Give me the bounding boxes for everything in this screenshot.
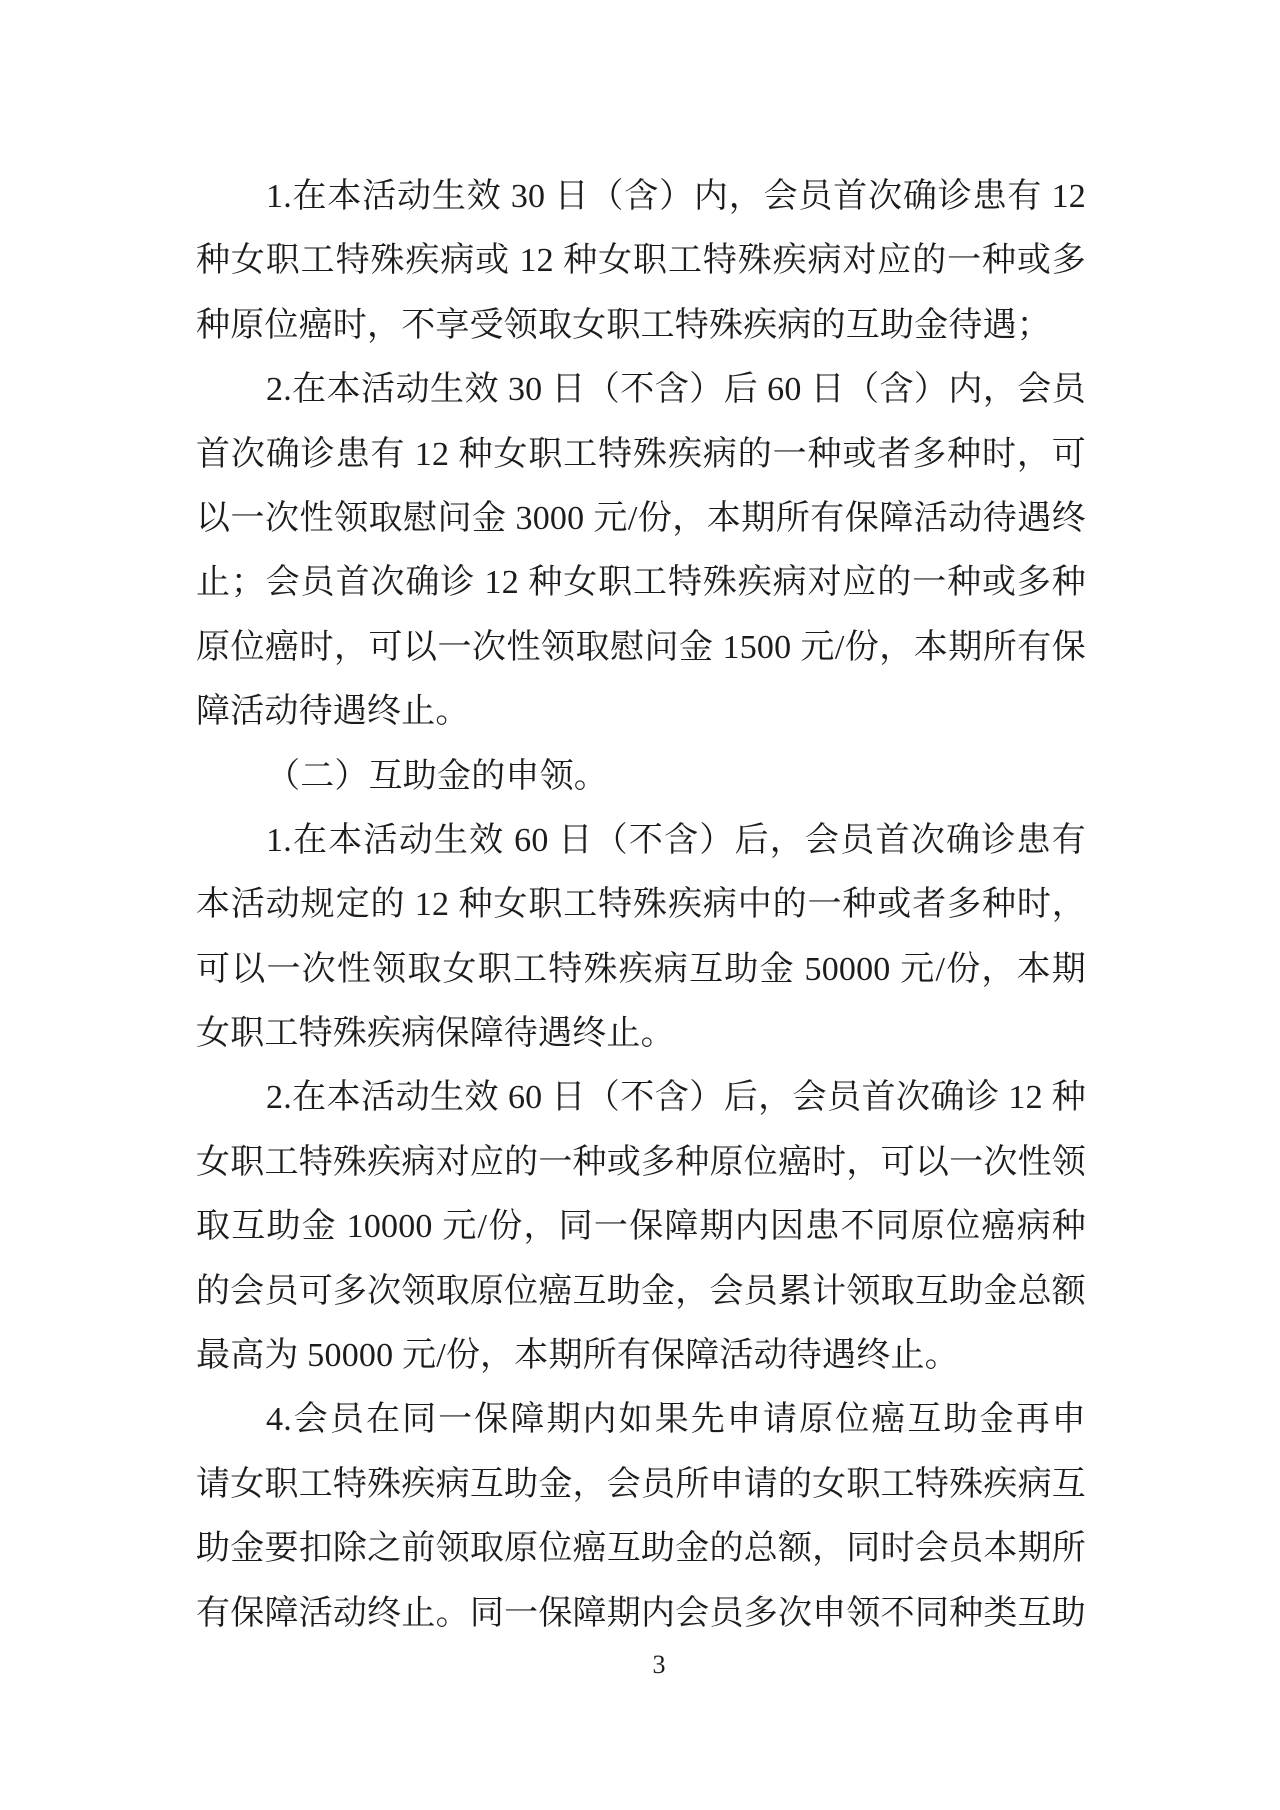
text-line: 首次确诊患有 12 种女职工特殊疾病的一种或者多种时，可: [196, 423, 1086, 487]
text-line: 本活动规定的 12 种女职工特殊疾病中的一种或者多种时，: [196, 873, 1086, 937]
section-heading: （二）互助金的申领。: [196, 745, 1086, 809]
text-line: 原位癌时，可以一次性领取慰问金 1500 元/份，本期所有保: [196, 616, 1086, 680]
text-line: 有保障活动终止。同一保障期内会员多次申领不同种类互助: [196, 1582, 1086, 1646]
text-line: 种原位癌时，不享受领取女职工特殊疾病的互助金待遇；: [196, 294, 1086, 358]
text-line: 2.在本活动生效 30 日（不含）后 60 日（含）内，会员: [196, 358, 1086, 422]
text-line: 最高为 50000 元/份，本期所有保障活动待遇终止。: [196, 1324, 1086, 1388]
text-line: 4.会员在同一保障期内如果先申请原位癌互助金再申: [196, 1388, 1086, 1452]
text-line: 的会员可多次领取原位癌互助金，会员累计领取互助金总额: [196, 1260, 1086, 1324]
text-line: 取互助金 10000 元/份，同一保障期内因患不同原位癌病种: [196, 1195, 1086, 1259]
text-line: 请女职工特殊疾病互助金，会员所申请的女职工特殊疾病互: [196, 1453, 1086, 1517]
page-number: 3: [214, 1640, 1104, 1690]
text-line: 障活动待遇终止。: [196, 680, 1086, 744]
text-line: 止；会员首次确诊 12 种女职工特殊疾病对应的一种或多种: [196, 551, 1086, 615]
text-line: 1.在本活动生效 60 日（不含）后，会员首次确诊患有: [196, 809, 1086, 873]
text-line: 以一次性领取慰问金 3000 元/份，本期所有保障活动待遇终: [196, 487, 1086, 551]
document-page: 1.在本活动生效 30 日（含）内，会员首次确诊患有 12 种女职工特殊疾病或 …: [0, 0, 1280, 1810]
text-line: 女职工特殊疾病保障待遇终止。: [196, 1002, 1086, 1066]
text-line: 2.在本活动生效 60 日（不含）后，会员首次确诊 12 种: [196, 1066, 1086, 1130]
text-line: 可以一次性领取女职工特殊疾病互助金 50000 元/份，本期: [196, 938, 1086, 1002]
text-line: 种女职工特殊疾病或 12 种女职工特殊疾病对应的一种或多: [196, 229, 1086, 293]
document-body: 1.在本活动生效 30 日（含）内，会员首次确诊患有 12 种女职工特殊疾病或 …: [196, 165, 1086, 1646]
text-line: 1.在本活动生效 30 日（含）内，会员首次确诊患有 12: [196, 165, 1086, 229]
text-line: 助金要扣除之前领取原位癌互助金的总额，同时会员本期所: [196, 1517, 1086, 1581]
text-line: 女职工特殊疾病对应的一种或多种原位癌时，可以一次性领: [196, 1131, 1086, 1195]
